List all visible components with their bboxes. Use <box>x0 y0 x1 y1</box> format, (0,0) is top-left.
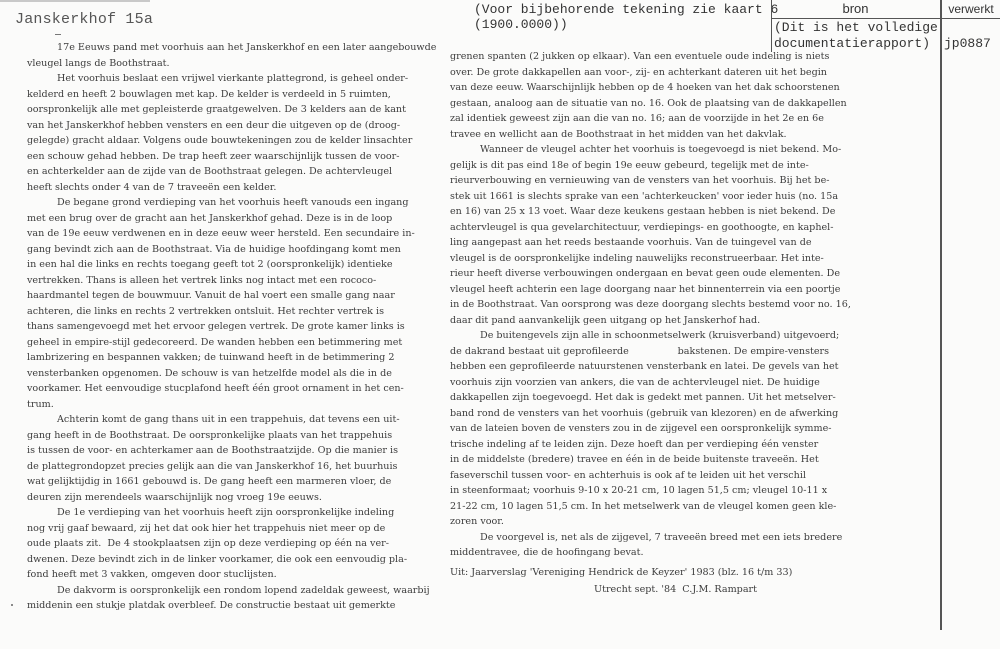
text-line: zoren voor. <box>450 514 868 530</box>
text-line: daar dit pand aanvankelijk geen uitgang … <box>450 313 868 329</box>
text-line: band rond de vensters van het voorhuis (… <box>450 406 868 422</box>
text-line: vleugel langs de Boothstraat. <box>27 56 427 72</box>
right-column-lines: grenen spanten (2 jukken op elkaar). Van… <box>450 49 868 561</box>
text-line: een schouw gehad hebben. De trap heeft z… <box>27 149 427 165</box>
text-line: van het Janskerkhof hebben vensters en e… <box>27 118 427 134</box>
text-line: gang bevindt zich aan de Boothstraat. Vi… <box>27 242 427 258</box>
text-line: rieurverbouwing en vernieuwing van de ve… <box>450 173 868 189</box>
text-line: Achterin komt de gang thans uit in een t… <box>27 412 427 428</box>
text-line: in steenformaat; voorhuis 9-10 x 20-21 c… <box>450 483 868 499</box>
source-citation: Uit: Jaarverslag 'Vereniging Hendrick de… <box>450 565 868 581</box>
text-line: grenen spanten (2 jukken op elkaar). Van… <box>450 49 868 65</box>
document-title: Janskerkhof 15a <box>15 11 153 28</box>
text-line: middentravee, die de hoofingang bevat. <box>450 545 868 561</box>
reference-note: (Voor bijbehorende tekening zie kaart 6 … <box>474 2 778 32</box>
text-line: stek uit 1661 is slechts sprake van een … <box>450 189 868 205</box>
text-line: ling aangepast aan het reeds bestaande v… <box>450 235 868 251</box>
table-header-bron: bron <box>771 0 940 18</box>
text-line: gelijk is dit pas eind 18e of begin 19e … <box>450 158 868 174</box>
verwerkt-value: jp0887 <box>944 36 991 52</box>
right-text-column: grenen spanten (2 jukken op elkaar). Van… <box>450 49 868 598</box>
text-line: trum. <box>27 397 427 413</box>
text-line: zal identiek geweest zijn aan die van no… <box>450 111 868 127</box>
text-line: gelegde) gracht aldaar. Volgens oude bou… <box>27 133 427 149</box>
text-line: oude plaats zit. De 4 stookplaatsen zijn… <box>27 536 427 552</box>
text-line: De dakvorm is oorspronkelijk een rondom … <box>27 583 427 599</box>
text-line: 21-22 cm, 10 lagen 51,5 cm. In het metse… <box>450 499 868 515</box>
text-line: voorkamer. Het eenvoudige stucplafond he… <box>27 381 427 397</box>
text-line: van de lateien boven de vensters zou in … <box>450 421 868 437</box>
text-line: middenin een stukje platdak overbleef. D… <box>27 598 427 614</box>
text-line: thans samengevoegd met het ervoor gelege… <box>27 319 427 335</box>
text-line: in de middelste (bredere) travee en één … <box>450 452 868 468</box>
text-line: faseverschil tussen voor- en achterhuis … <box>450 468 868 484</box>
text-line: is tussen de voor- en achterkamer aan de… <box>27 443 427 459</box>
text-line: gestaan, analoog aan de situatie van no.… <box>450 96 868 112</box>
text-line: De 1e verdieping van het voorhuis heeft … <box>27 505 427 521</box>
text-line: achteren, die links en rechts 2 vertrekk… <box>27 304 427 320</box>
left-text-column: 17e Eeuws pand met voorhuis aan het Jans… <box>27 40 427 614</box>
table-border-divider <box>940 0 942 630</box>
text-line: travee en wellicht aan de Boothstraat in… <box>450 127 868 143</box>
top-edge-strip <box>0 0 150 2</box>
text-line: en achterkelder aan de zijde van de Boot… <box>27 164 427 180</box>
text-line: De begane grond verdieping van het voorh… <box>27 195 427 211</box>
text-line: dwenen. Deze bevindt zich in de linker v… <box>27 552 427 568</box>
text-line: achtervleugel is qua gevelarchitectuur, … <box>450 220 868 236</box>
table-header-verwerkt: verwerkt <box>942 0 1000 18</box>
text-line: dakkapellen zijn toegevoegd. Het dak is … <box>450 390 868 406</box>
text-line: De buitengevels zijn alle in schoonmetse… <box>450 328 868 344</box>
signature-line: Utrecht sept. '84 C.J.M. Rampart <box>450 582 868 598</box>
text-line: oorspronkelijk alle met gepleisterde gra… <box>27 102 427 118</box>
text-line: Wanneer de vleugel achter het voorhuis i… <box>450 142 868 158</box>
text-line: kelderd en heeft 2 bouwlagen met kap. De… <box>27 87 427 103</box>
text-line: van deze eeuw. Waarschijnlijk hebben op … <box>450 80 868 96</box>
text-line: voorhuis zijn voorzien van ankers, die v… <box>450 375 868 391</box>
text-line: vleugel heeft achterin een lage doorgang… <box>450 282 868 298</box>
margin-speck <box>11 604 13 606</box>
text-line: wat gelijktijdig in 1661 gebouwd is. De … <box>27 474 427 490</box>
text-line: lambrizering en bespannen vakken; de tui… <box>27 350 427 366</box>
text-line: 17e Eeuws pand met voorhuis aan het Jans… <box>27 40 427 56</box>
text-line: in de Boothstraat. Van oorsprong was dez… <box>450 297 868 313</box>
text-line: De voorgevel is, net als de zijgevel, 7 … <box>450 530 868 546</box>
text-line: vensterbanken opgenomen. De schouw is va… <box>27 366 427 382</box>
text-line: geheel in empire-stijl gedecoreerd. De w… <box>27 335 427 351</box>
text-line: Het voorhuis beslaat een vrijwel vierkan… <box>27 71 427 87</box>
text-line: hebben een geprofileerde natuurstenen ve… <box>450 359 868 375</box>
text-line: deuren zijn merendeels waarschijnlijk no… <box>27 490 427 506</box>
text-line: vertrekken. Thans is alleen het vertrek … <box>27 273 427 289</box>
text-line: over. De grote dakkapellen aan voor-, zi… <box>450 65 868 81</box>
bron-value: (Dit is het volledige documentatierappor… <box>774 20 938 52</box>
text-line: en 16) van 25 x 13 voet. Waar deze keuke… <box>450 204 868 220</box>
text-line: gang heeft in de Boothstraat. De oorspro… <box>27 428 427 444</box>
text-line: de dakrand bestaat uit geprofileerde bak… <box>450 344 868 360</box>
text-line: heeft slechts onder 4 van de 7 traveeën … <box>27 180 427 196</box>
text-line: met een brug over de gracht aan het Jans… <box>27 211 427 227</box>
text-line: rieur heeft diverse verbouwingen onderga… <box>450 266 868 282</box>
text-line: in een hal die links en rechts toegang g… <box>27 257 427 273</box>
text-line: nog vrij gaaf bewaard, zij het dat ook h… <box>27 521 427 537</box>
title-underline-mark <box>55 34 61 35</box>
text-line: van de 19e eeuw verdwenen en in deze eeu… <box>27 226 427 242</box>
text-line: fond heeft met 3 vakken, omgeven door st… <box>27 567 427 583</box>
text-line: trische indeling af te leiden zijn. Deze… <box>450 437 868 453</box>
text-line: haardmantel tegen de bouwmuur. Vanuit de… <box>27 288 427 304</box>
table-header-rule <box>771 18 1000 19</box>
text-line: de plattegrondopzet precies gelijk aan d… <box>27 459 427 475</box>
text-line: vleugel is de oorspronkelijke indeling n… <box>450 251 868 267</box>
